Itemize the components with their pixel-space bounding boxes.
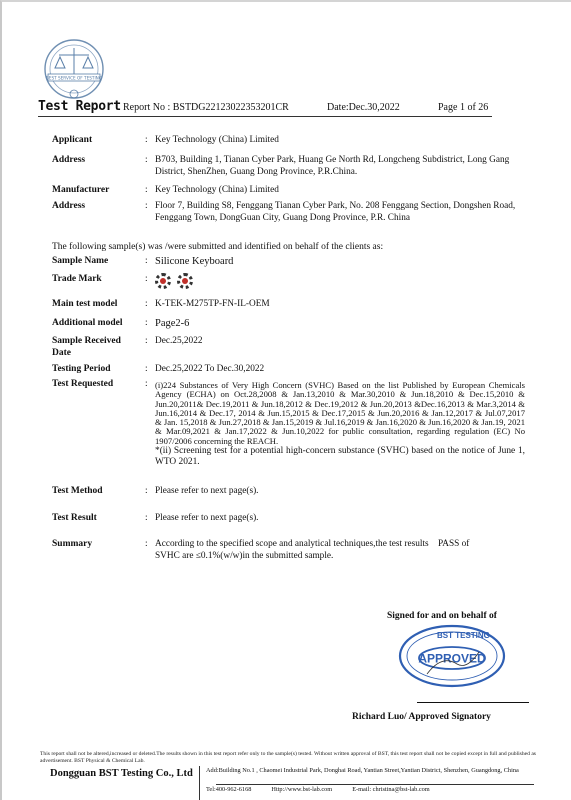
test-requested-value: (i)224 Substances of Very High Concern (… xyxy=(155,381,525,468)
additional-model-label: Additional model xyxy=(52,318,142,330)
approved-stamp-icon: APPROVED BST TESTING xyxy=(397,624,507,688)
trademark-logo-1-icon xyxy=(155,273,171,289)
report-header: Test Report Report No : BSTDG22123022353… xyxy=(38,99,492,117)
svg-text:APPROVED: APPROVED xyxy=(418,652,486,666)
report-title: Test Report xyxy=(38,99,121,114)
bst-logo-icon: BEST SERVICE OF TESTING xyxy=(43,38,105,102)
test-result-value: Please refer to next page(s). xyxy=(155,513,525,525)
sample-name-value: Silicone Keyboard xyxy=(155,256,525,268)
test-method-label: Test Method xyxy=(52,486,142,498)
company-email-link[interactable]: E-mail: christina@bst-lab.com xyxy=(352,786,430,793)
signature-line xyxy=(417,702,529,703)
test-result-label: Test Result xyxy=(52,513,142,525)
summary-label: Summary xyxy=(52,539,142,551)
svg-text:BEST SERVICE OF TESTING: BEST SERVICE OF TESTING xyxy=(46,76,102,81)
test-requested-part-i: (i)224 Substances of Very High Concern (… xyxy=(155,381,525,446)
trademark-logo-2-icon xyxy=(177,273,193,289)
report-date: Date:Dec.30,2022 xyxy=(327,102,400,113)
footer-divider xyxy=(199,766,200,800)
intro-text: The following sample(s) was /were submit… xyxy=(52,242,383,252)
company-website-link[interactable]: Http://www.bst-lab.com xyxy=(271,786,332,793)
additional-model-value: Page2-6 xyxy=(155,318,525,330)
signed-for-text: Signed for and on behalf of xyxy=(387,611,497,621)
svg-text:BST TESTING: BST TESTING xyxy=(437,631,490,640)
received-date-value: Dec.25,2022 xyxy=(155,336,525,348)
testing-period-value: Dec.25,2022 To Dec.30,2022 xyxy=(155,364,525,376)
manufacturer-address-value: Floor 7, Building S8, Fenggang Tianan Cy… xyxy=(155,201,525,224)
applicant-address-value: B703, Building 1, Tianan Cyber Park, Hua… xyxy=(155,155,525,178)
trade-mark-label: Trade Mark xyxy=(52,274,142,286)
test-method-value: Please refer to next page(s). xyxy=(155,486,525,498)
sample-name-label: Sample Name xyxy=(52,256,142,268)
manufacturer-label: Manufacturer xyxy=(52,185,142,197)
main-model-value: K-TEK-M275TP-FN-IL-OEM xyxy=(155,299,525,311)
address-label: Address xyxy=(52,201,142,213)
test-requested-part-ii: *(ii) Screening test for a potential hig… xyxy=(155,446,525,468)
company-contacts: Tel:400-962-6168Http://www.bst-lab.comE-… xyxy=(206,786,450,793)
signatory-name: Richard Luo/ Approved Signatory xyxy=(352,712,491,722)
summary-value: According to the specified scope and ana… xyxy=(155,539,495,562)
manufacturer-value: Key Technology (China) Limited xyxy=(155,185,525,197)
disclaimer-text: This report shall not be altered,increas… xyxy=(40,751,536,764)
applicant-value: Key Technology (China) Limited xyxy=(155,135,525,147)
company-name: Dongguan BST Testing Co., Ltd xyxy=(50,768,193,779)
company-phone: Tel:400-962-6168 xyxy=(206,786,251,793)
applicant-label: Applicant xyxy=(52,135,142,147)
address-label: Address xyxy=(52,155,142,167)
page-indicator: Page 1 of 26 xyxy=(438,102,488,113)
main-model-label: Main test model xyxy=(52,299,142,311)
received-date-label: Sample Received Date xyxy=(52,336,132,359)
company-address: Add:Building No.1 , Chaomei Industrial P… xyxy=(206,767,536,774)
testing-period-label: Testing Period xyxy=(52,364,142,376)
test-requested-label: Test Requested xyxy=(52,379,142,391)
report-number: Report No : BSTDG22123022353201CR xyxy=(123,102,289,113)
footer-rule xyxy=(216,784,534,785)
